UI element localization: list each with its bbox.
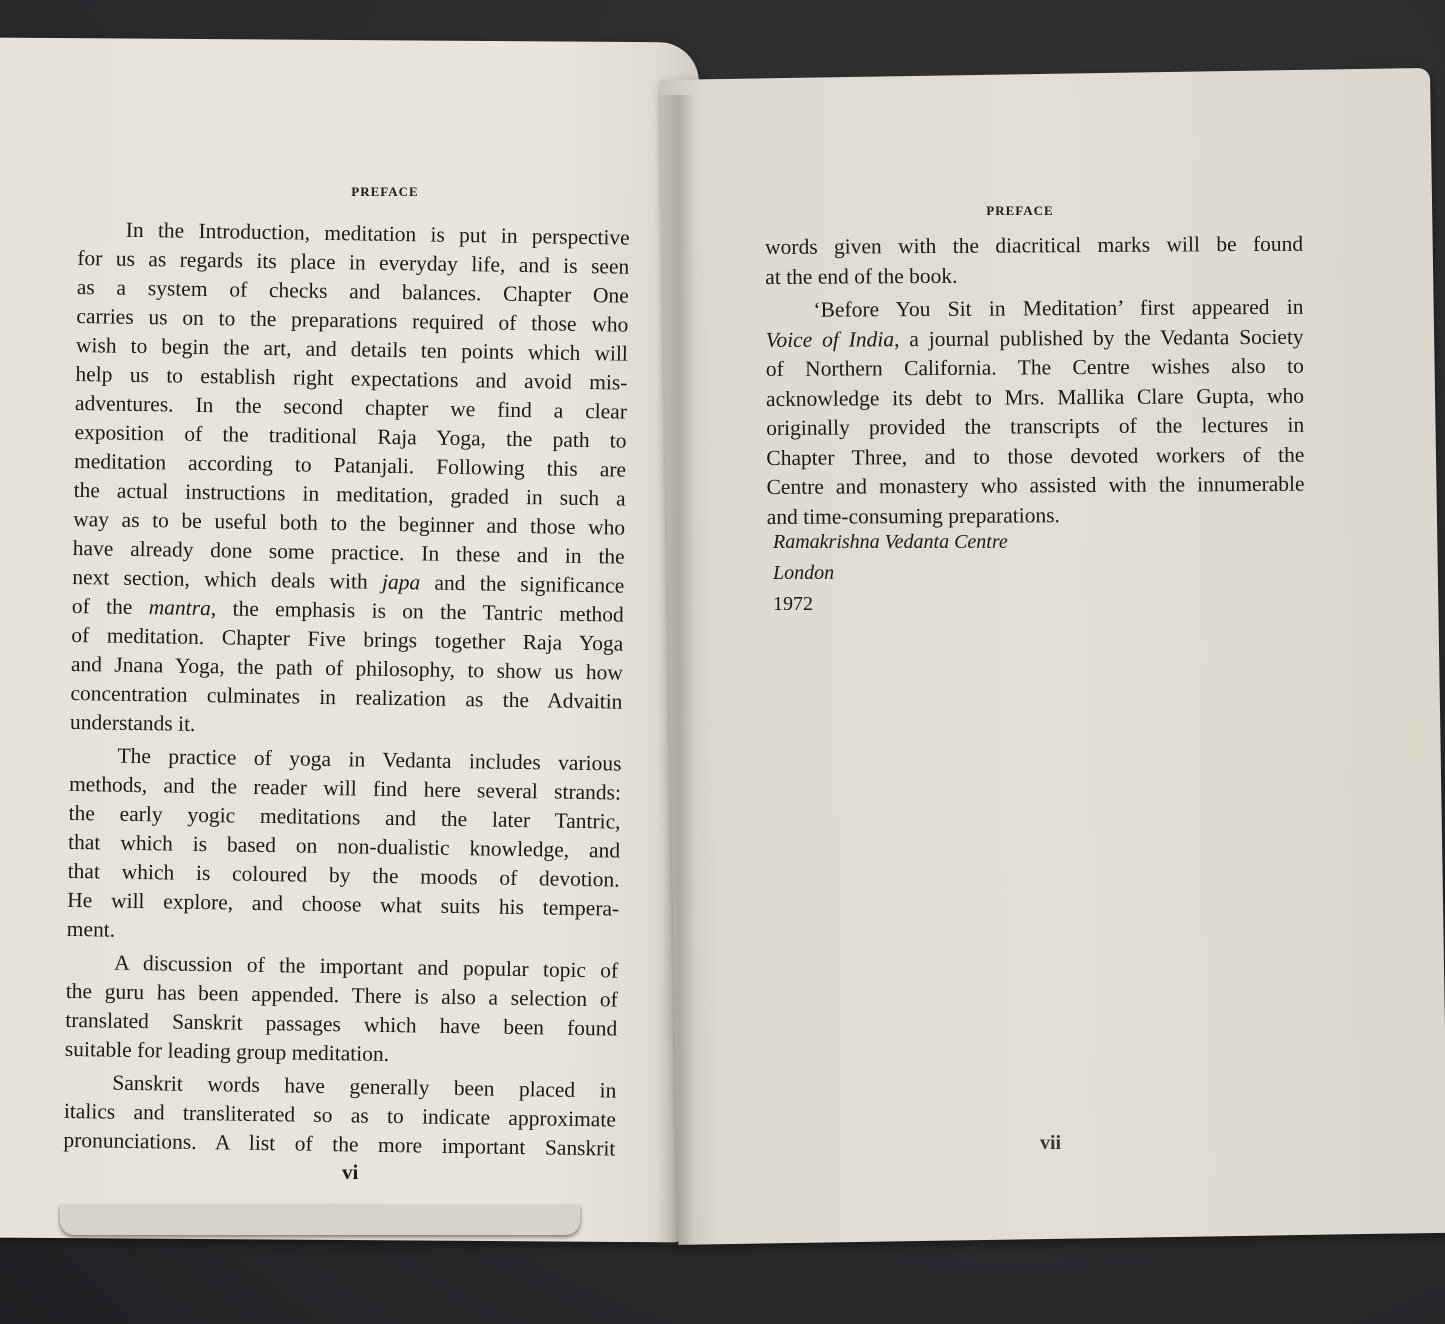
preface-signature: Ramakrishna Vedanta Centre London 1972: [773, 527, 1008, 620]
left-page-edge-stack: [60, 1205, 580, 1235]
left-page-body: In the Introduction, meditation is put i…: [63, 215, 630, 1164]
line-with-journal-title: Voice of India, a journal published by t…: [766, 322, 1304, 355]
paragraph-guru-discussion: A discussion of the important and popula…: [65, 948, 619, 1073]
italic-term-japa: japa: [382, 570, 421, 595]
left-running-head: PREFACE: [340, 184, 430, 200]
journal-title: Voice of India: [766, 327, 895, 352]
paragraph-sanskrit-words: Sanskrit words have generally been place…: [63, 1068, 616, 1164]
signature-city: London: [773, 558, 1008, 589]
right-page-body: words given with the diacritical marks w…: [765, 230, 1305, 532]
paragraph-diacritical-continuation: words given with the diacritical marks w…: [765, 230, 1303, 292]
right-running-head: PREFACE: [975, 203, 1065, 219]
signature-year: 1972: [773, 589, 1008, 620]
book-gutter: [655, 95, 695, 1245]
right-page-number: vii: [1040, 1132, 1061, 1155]
italic-term-mantra: mantra: [149, 595, 211, 620]
paragraph-introduction: In the Introduction, meditation is put i…: [70, 215, 630, 746]
left-page-number: vi: [342, 1160, 358, 1185]
signature-organization: Ramakrishna Vedanta Centre: [773, 527, 1008, 558]
paragraph-practice-of-yoga: The practice of yoga in Vedanta includes…: [67, 741, 622, 953]
paragraph-acknowledgements: ‘Before You Sit in Meditation’ first app…: [765, 293, 1304, 532]
